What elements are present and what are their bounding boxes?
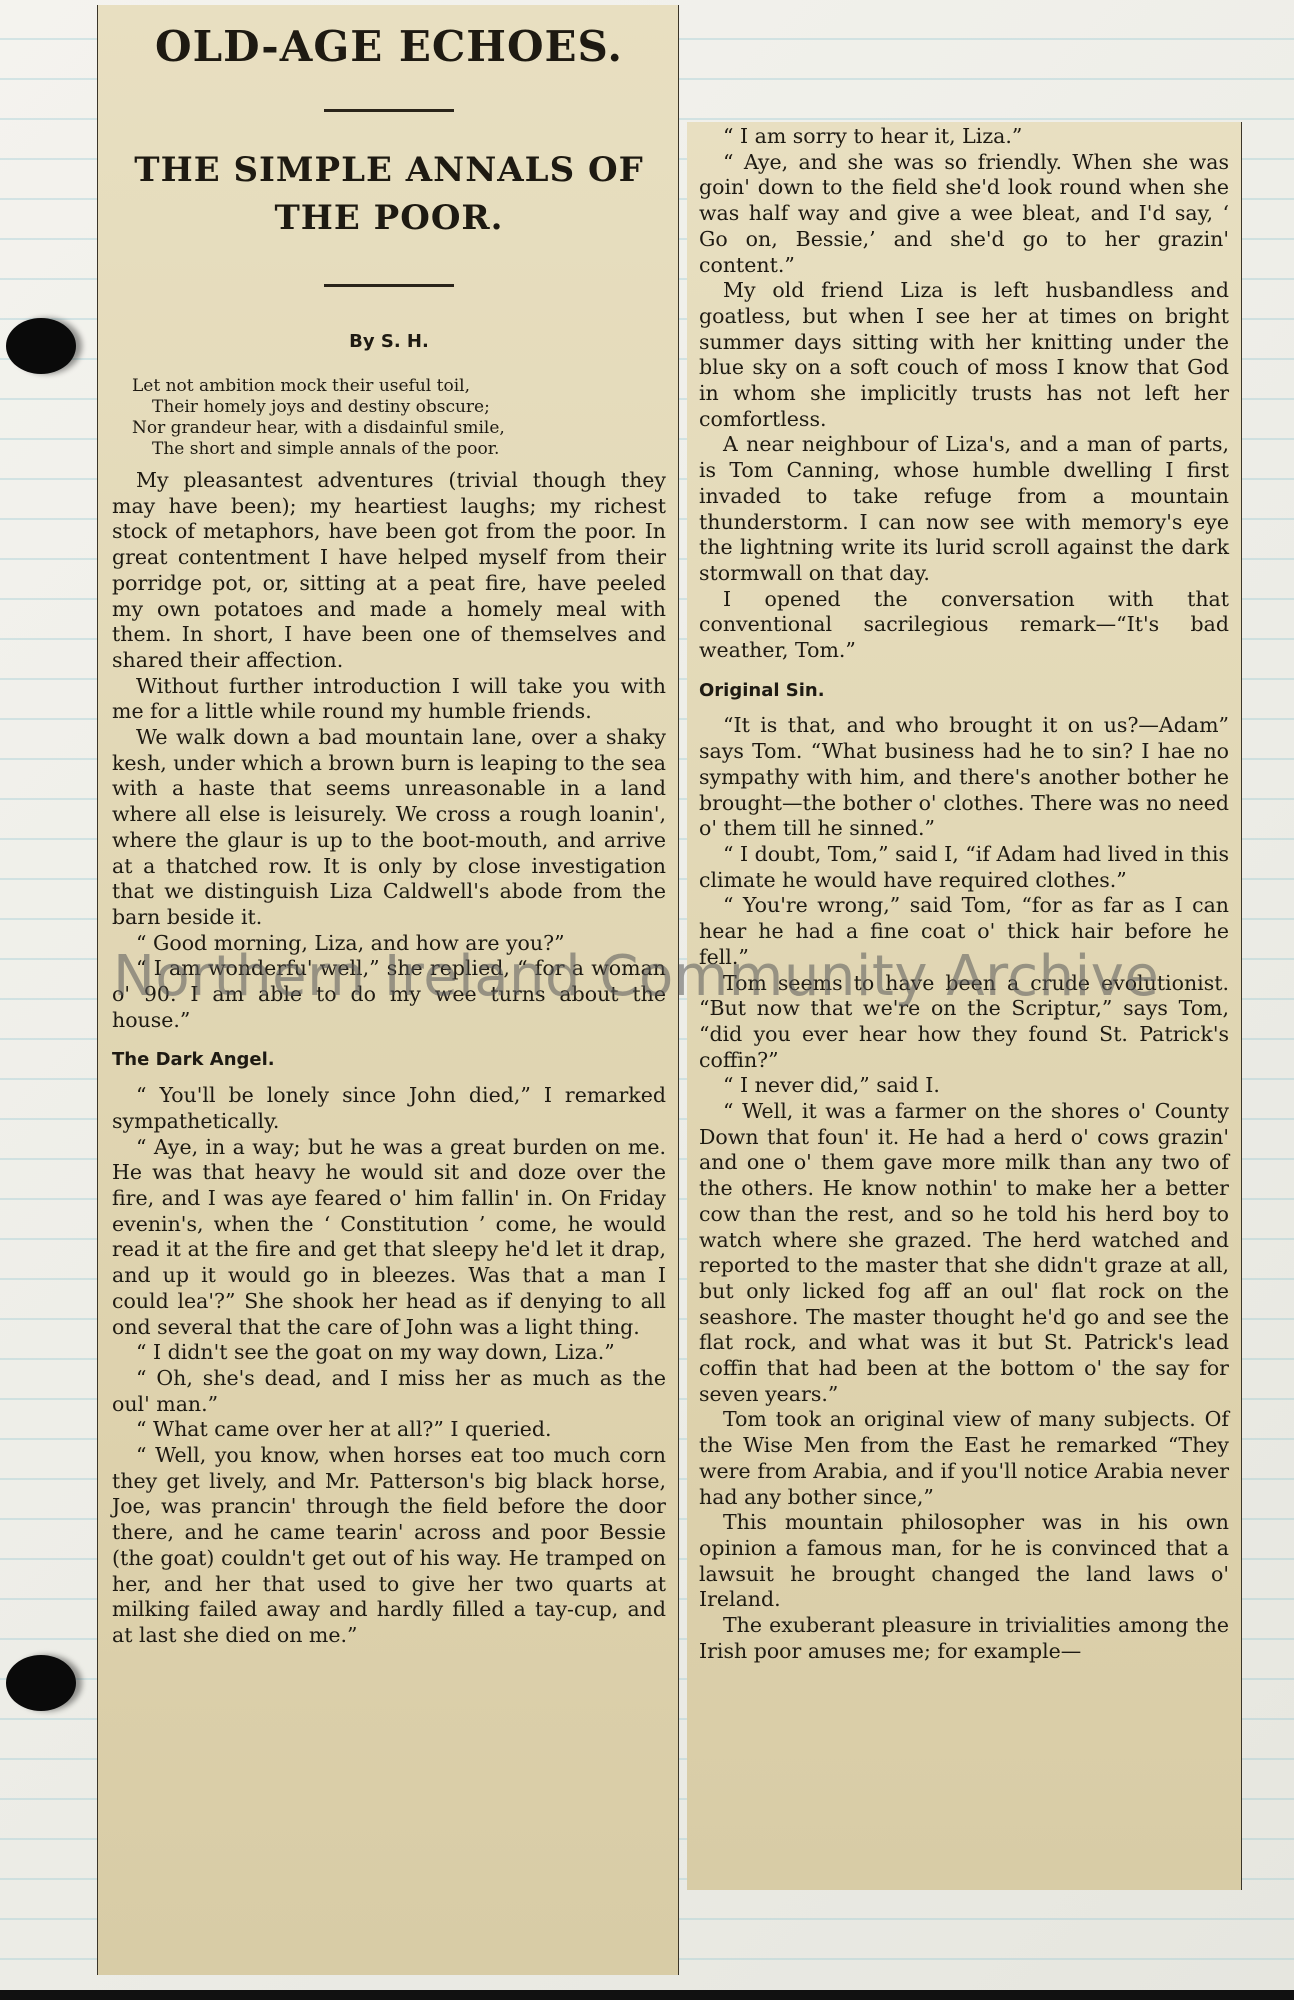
paragraph: “ Well, it was a farmer on the shores o'… [699,1099,1229,1407]
headline-line-1: THE SIMPLE ANNALS OF [112,146,666,194]
paragraph: The exuberant pleasure in trivialities a… [699,1613,1229,1664]
byline: By S. H. [112,331,666,352]
poem-line: Nor grandeur hear, with a disdainful smi… [132,418,666,439]
newspaper-clipping-right: “ I am sorry to hear it, Liza.” “ Aye, a… [687,122,1242,1890]
paragraph: “ You'll be lonely since John died,” I r… [112,1083,666,1134]
paragraph: “ I never did,” said I. [699,1073,1229,1099]
paragraph: We walk down a bad mountain lane, over a… [112,725,666,931]
subheading-original-sin: Original Sin. [699,678,1229,704]
paragraph: My old friend Liza is left husbandless a… [699,278,1229,432]
paragraph: “ Oh, she's dead, and I miss her as much… [112,1366,666,1417]
paragraph: This mountain philosopher was in his own… [699,1510,1229,1613]
paragraph: “It is that, and who brought it on us?—A… [699,713,1229,842]
divider-rule [324,284,454,287]
paragraph: A near neighbour of Liza's, and a man of… [699,432,1229,586]
paragraph: My pleasantest adventures (trivial thoug… [112,468,666,674]
paragraph: Tom took an original view of many subjec… [699,1407,1229,1510]
poem-line: The short and simple annals of the poor. [132,439,666,460]
article-body-left: My pleasantest adventures (trivial thoug… [112,468,666,1649]
paragraph: “ What came over her at all?” I queried. [112,1417,666,1443]
punch-hole-bottom [6,1655,76,1711]
poem-line: Their homely joys and destiny obscure; [132,397,666,418]
paragraph: I opened the conversation with that conv… [699,587,1229,664]
paragraph: Without further introduction I will take… [112,674,666,725]
subheading-dark-angel: The Dark Angel. [112,1047,666,1073]
scan-edge [0,1990,1294,2000]
poem-line: Let not ambition mock their useful toil, [132,376,666,397]
divider-rule [324,109,454,112]
article-body-right: “ I am sorry to hear it, Liza.” “ Aye, a… [699,124,1229,1664]
paragraph: Tom seems to have been a crude evolution… [699,971,1229,1074]
paragraph: “ You're wrong,” said Tom, “for as far a… [699,893,1229,970]
paragraph: “ Aye, and she was so friendly. When she… [699,150,1229,279]
paragraph: “ Aye, in a way; but he was a great burd… [112,1135,666,1341]
masthead: OLD-AGE ECHOES. [112,21,666,73]
paragraph: “ I doubt, Tom,” said I, “if Adam had li… [699,842,1229,893]
paragraph: “ Good morning, Liza, and how are you?” [112,931,666,957]
epigraph-poem: Let not ambition mock their useful toil,… [132,376,666,460]
paragraph: “ I am wonderfu' well,” she replied, “ f… [112,956,666,1033]
headline-line-2: THE POOR. [112,194,666,242]
punch-hole-top [6,318,76,374]
headline: THE SIMPLE ANNALS OF THE POOR. [112,146,666,242]
paragraph: “ I didn't see the goat on my way down, … [112,1340,666,1366]
newspaper-clipping-left: OLD-AGE ECHOES. THE SIMPLE ANNALS OF THE… [97,5,679,1975]
paragraph: “ Well, you know, when horses eat too mu… [112,1443,666,1649]
paragraph: “ I am sorry to hear it, Liza.” [699,124,1229,150]
